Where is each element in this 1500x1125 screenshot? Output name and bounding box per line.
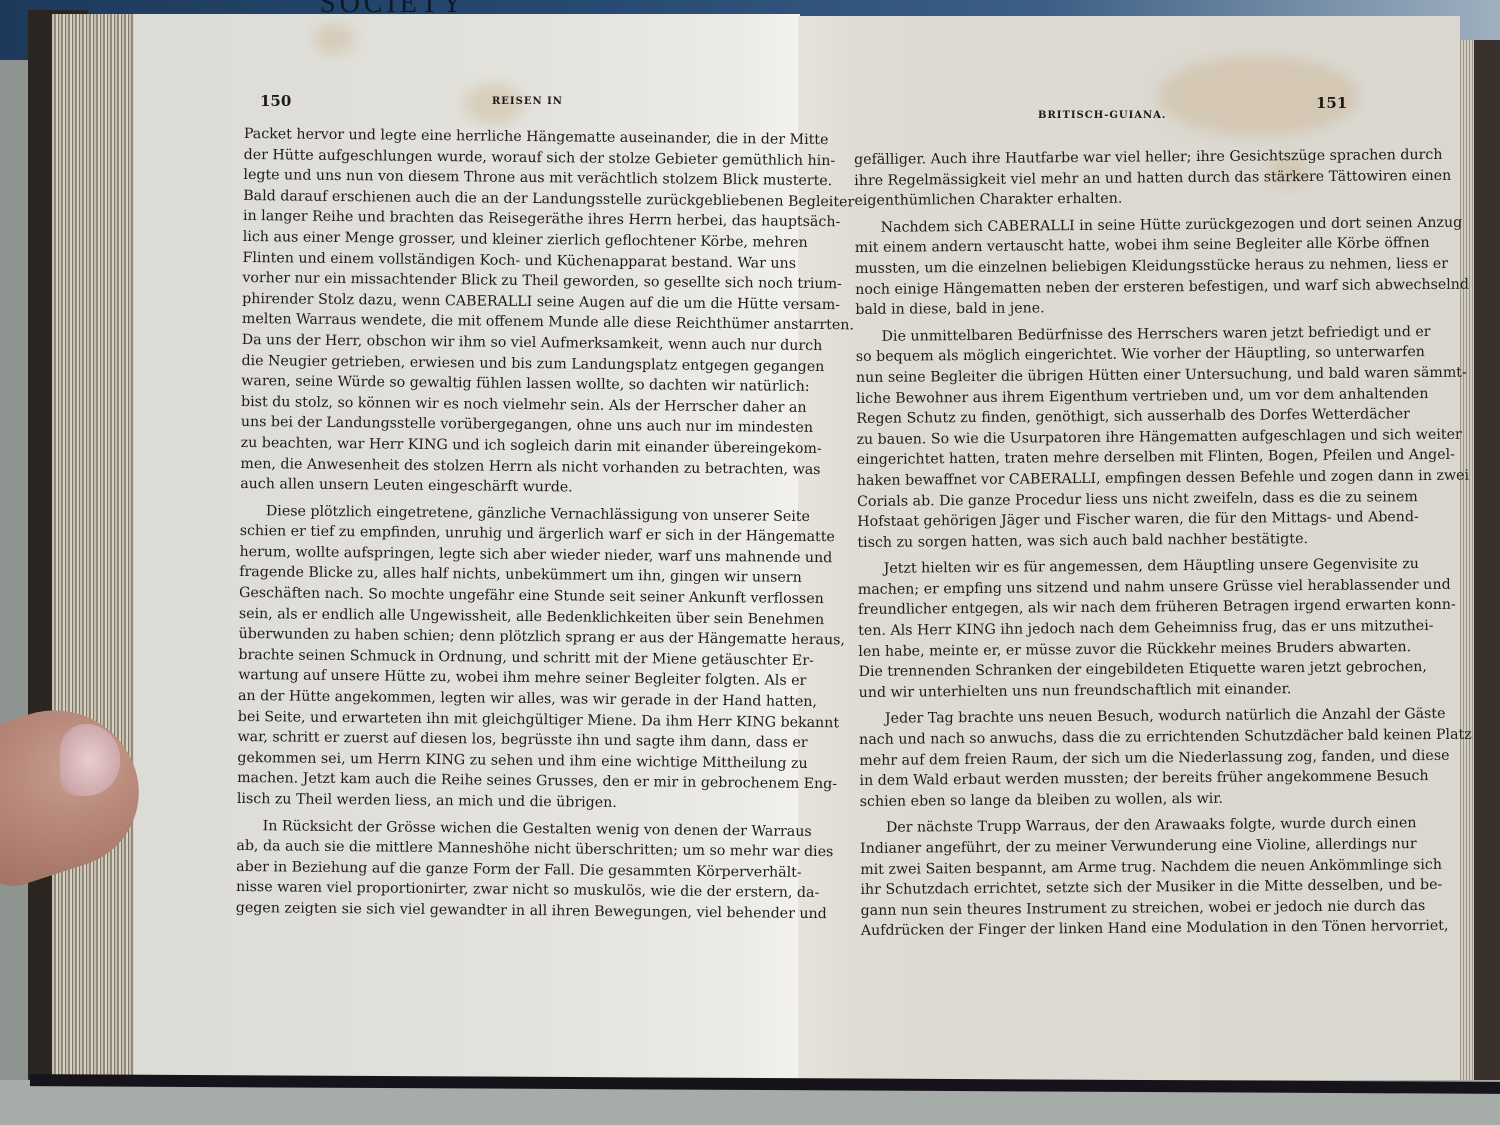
page-number-left: 150: [260, 92, 291, 110]
book-cover-right: [1470, 40, 1500, 1080]
left-page-body-text: Packet hervor und legte eine herrliche H…: [236, 124, 754, 924]
page-edges-right: [1458, 40, 1474, 1080]
page-number-right: 151: [1316, 94, 1347, 112]
page-edges-left: [52, 14, 136, 1080]
running-head-left: REISEN IN: [492, 96, 563, 107]
right-page-body-text: gefälliger. Auch ihre Hautfarbe war viel…: [854, 145, 1389, 942]
foxing-stain: [314, 24, 354, 54]
running-head-right: BRITISCH-GUIANA.: [1038, 110, 1166, 121]
